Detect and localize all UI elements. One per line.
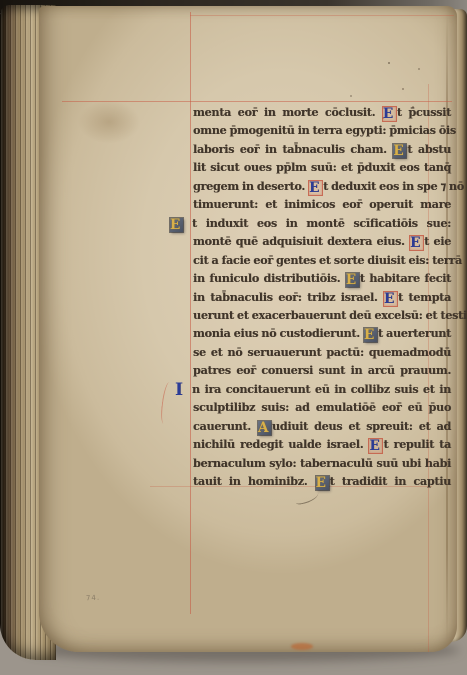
parchment-speckles xyxy=(388,62,390,64)
manuscript-text-line: lit sicut oues pp̄lm suū: et p̄duxit eos… xyxy=(193,158,451,176)
text-segment: t tempta xyxy=(398,290,451,304)
illuminated-initial-gold: E xyxy=(393,144,406,158)
text-segment: timuerunt: et inimicos eor̄ operuit mare xyxy=(193,197,451,211)
text-segment: patres eor̄ conuersi sunt in arcū prauum… xyxy=(193,363,451,377)
manuscript-text-line: In ira concitauerunt eū in collibz suis … xyxy=(193,380,451,398)
text-segment: t abstu xyxy=(407,142,451,156)
text-segment: udiuit deus et spreuit: et ad xyxy=(272,419,451,433)
manuscript-text-line: cit a facie eor̄ gentes et sorte diuisit… xyxy=(193,251,451,269)
manuscript-text-line: in tab̄naculis eor̄: tribz israel. Et te… xyxy=(193,288,451,306)
text-segment: uerunt et exacerbauerunt deū excelsū: et… xyxy=(193,308,467,322)
illuminated-initial-gold: E xyxy=(364,328,377,342)
psalm-text-block: menta eor̄ in morte cōclusit. Et p̄cussi… xyxy=(193,103,451,491)
manuscript-text-line: cauerunt. Audiuit deus et spreuit: et ad xyxy=(193,417,451,435)
text-segment: in funiculo distributiōis. xyxy=(193,271,345,285)
text-segment: se et nō seruauerunt pactū: quemadmodū xyxy=(193,345,451,359)
text-segment: gregem in deserto. xyxy=(193,179,308,193)
illuminated-initial-gold: E xyxy=(316,476,329,490)
manuscript-text-line: omne p̄mogenitū in terra egypti: p̄micia… xyxy=(193,121,451,139)
illuminated-initial-gold: E xyxy=(346,273,359,287)
text-segment: bernaculum sylo: tabernaculū suū ubi hab… xyxy=(193,456,451,470)
ruling-line-horizontal-top xyxy=(62,101,452,102)
text-segment: omne p̄mogenitū in terra egypti: p̄micia… xyxy=(193,123,456,137)
text-segment: menta eor̄ in morte cōclusit. xyxy=(193,105,382,119)
manuscript-text-line: se et nō seruauerunt pactū: quemadmodū xyxy=(193,343,451,361)
illuminated-initial-blue: E xyxy=(384,292,397,306)
manuscript-text-line: uerunt et exacerbauerunt deū excelsū: et… xyxy=(193,306,451,324)
text-segment: nichilū redegit ualde israel. xyxy=(193,437,368,451)
ruling-line-vertical-left xyxy=(190,12,191,614)
text-segment: t eie xyxy=(424,234,451,248)
illuminated-initial-gold: E xyxy=(170,218,183,232)
manuscript-text-line: gregem in deserto. Et deduxit eos in spe… xyxy=(193,177,451,195)
ruling-line-horizontal-upper xyxy=(190,15,454,16)
text-segment: montē quē adquisiuit dextera eius. xyxy=(193,234,409,248)
text-segment: laboris eor̄ in tab̄naculis cham. xyxy=(193,142,392,156)
text-segment: t repulit ta xyxy=(383,437,451,451)
text-segment: t deduxit eos in spe ⁊ nō xyxy=(323,179,464,193)
illuminated-initial-blue: E xyxy=(410,236,423,250)
manuscript-text-line: menta eor̄ in morte cōclusit. Et p̄cussi… xyxy=(193,103,451,121)
text-segment: sculptilibz suis: ad emulatiōē eor̄ eū p… xyxy=(193,400,451,414)
manuscript-text-line: timuerunt: et inimicos eor̄ operuit mare xyxy=(193,195,451,213)
manuscript-photograph: menta eor̄ in morte cōclusit. Et p̄cussi… xyxy=(0,0,467,675)
text-segment: tauit in hominibz. xyxy=(193,474,315,488)
text-segment: t p̄cussit xyxy=(397,105,451,119)
illuminated-initial-blue: E xyxy=(369,439,382,453)
illuminated-initial-blue-plain: I xyxy=(175,383,185,397)
bottom-edge-stain xyxy=(291,643,313,650)
manuscript-text-line: sculptilibz suis: ad emulatiōē eor̄ eū p… xyxy=(193,398,451,416)
text-segment: t habitare fecit xyxy=(360,271,451,285)
text-segment: cit a facie eor̄ gentes et sorte diuisit… xyxy=(193,253,462,267)
manuscript-text-line: montē quē adquisiuit dextera eius. Et ei… xyxy=(193,232,451,250)
text-segment: t induxit eos in montē scīficatiōis sue: xyxy=(192,216,451,230)
illuminated-initial-blue: E xyxy=(383,107,396,121)
manuscript-text-line: laboris eor̄ in tab̄naculis cham. Et abs… xyxy=(193,140,451,158)
text-segment: t tradidit in captiu xyxy=(330,474,451,488)
manuscript-text-line: Et induxit eos in montē scīficatiōis sue… xyxy=(193,214,451,232)
manuscript-text-line: bernaculum sylo: tabernaculū suū ubi hab… xyxy=(193,454,451,472)
manuscript-text-line: monia eius nō custodierunt. Et auerterun… xyxy=(193,324,451,342)
manuscript-text-line: nichilū redegit ualde israel. Et repulit… xyxy=(193,435,451,453)
text-segment: t auerterunt xyxy=(378,326,451,340)
text-segment: n ira concitauerunt eū in collibz suis e… xyxy=(192,382,451,396)
text-segment: cauerunt. xyxy=(193,419,257,433)
folio-pencil-note: 74. xyxy=(86,594,101,603)
illuminated-initial-gold: A xyxy=(258,421,271,435)
manuscript-text-line: patres eor̄ conuersi sunt in arcū prauum… xyxy=(193,361,451,379)
manuscript-text-line: tauit in hominibz. Et tradidit in captiu xyxy=(193,472,451,490)
manuscript-text-line: in funiculo distributiōis. Et habitare f… xyxy=(193,269,451,287)
text-segment: in tab̄naculis eor̄: tribz israel. xyxy=(193,290,383,304)
text-segment: monia eius nō custodierunt. xyxy=(193,326,363,340)
illuminated-initial-blue: E xyxy=(309,181,322,195)
text-segment: lit sicut oues pp̄lm suū: et p̄duxit eos… xyxy=(193,160,451,174)
